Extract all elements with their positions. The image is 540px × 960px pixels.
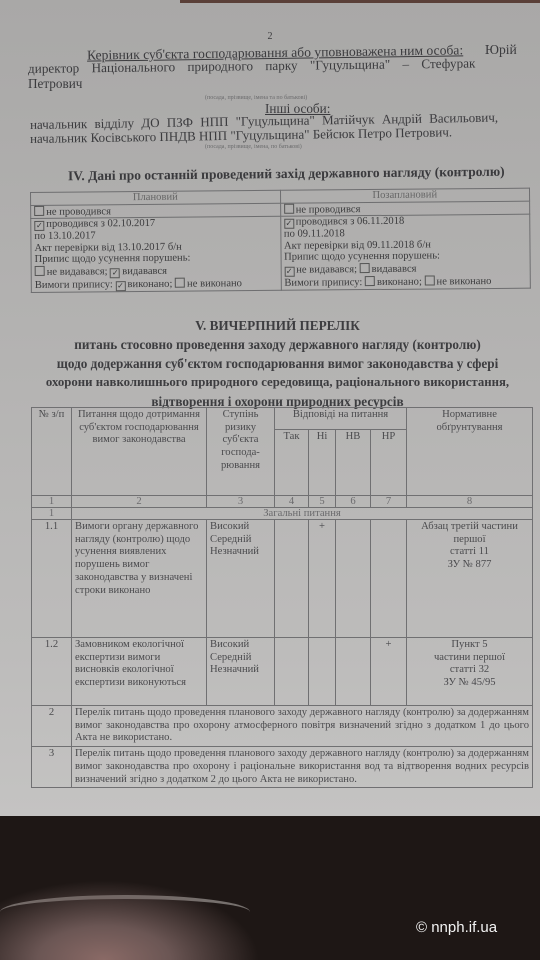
checklist-table: № з/п Питання щодо дотримання суб'єктом … [31, 407, 533, 788]
header-question: Питання щодо дотримання суб'єктом господ… [72, 408, 207, 496]
header-basis: Нормативне обґрунтування [407, 408, 533, 496]
checkbox-icon [424, 275, 434, 285]
section4-title: IV. Дані про останній проведений захід д… [68, 164, 505, 185]
header-nr: НР [371, 430, 407, 496]
group-row: 1 Загальні питання [32, 508, 533, 520]
checkbox-icon: ✓ [110, 268, 120, 278]
checkbox-icon [34, 205, 44, 215]
checkbox-icon [35, 265, 45, 275]
header-yes: Так [275, 430, 309, 496]
header-no: Ні [309, 430, 336, 496]
note-row: 2 Перелік питань щодо проведення планово… [32, 706, 533, 747]
checkbox-icon: ✓ [115, 281, 125, 291]
note-row: 3 Перелік питань щодо проведення планово… [32, 747, 533, 788]
inspection-table: Плановий Позаплановий не проводився не п… [30, 188, 531, 293]
index-row: 1 2 3 4 5 6 7 8 [32, 496, 533, 508]
header-num: № з/п [32, 408, 72, 496]
header-risk: Ступінь ризику суб'єкта господа-рювання [207, 408, 275, 496]
checkbox-icon: ✓ [284, 219, 294, 229]
checkbox-icon [365, 275, 375, 285]
table-row: 1.2 Замовником екологічної експертизи ви… [32, 638, 533, 706]
planned-details: ✓проводився з 02.10.2017 по 13.10.2017 А… [31, 216, 281, 292]
hand-background [0, 880, 260, 960]
unplanned-details: ✓проводився з 06.11.2018 по 09.11.2018 А… [280, 214, 530, 290]
head-line2: Петрович [28, 76, 82, 92]
checkbox-icon: ✓ [284, 266, 294, 276]
checkbox-icon: ✓ [34, 221, 44, 231]
watermark: © nnph.if.ua [416, 919, 497, 936]
header-nv: НВ [336, 430, 371, 496]
table-row: 1.1 Вимоги органу державного нагляду (ко… [32, 520, 533, 638]
section5-title: V. ВИЧЕРПНИЙ ПЕРЕЛІК питань стосовно про… [20, 316, 535, 411]
head-name-tail: Юрій [485, 42, 517, 58]
header-answers: Відповіді на питання [275, 408, 407, 430]
page-number: 2 [0, 31, 540, 42]
checkbox-icon [175, 277, 185, 287]
checkbox-icon [284, 203, 294, 213]
checkbox-icon [360, 263, 370, 273]
background-edge [180, 0, 540, 3]
head-caption2: (посада, прізвище, імена, по батькові) [205, 144, 302, 150]
document-page: 2 Керівник суб'єкта господарювання або у… [0, 0, 540, 816]
